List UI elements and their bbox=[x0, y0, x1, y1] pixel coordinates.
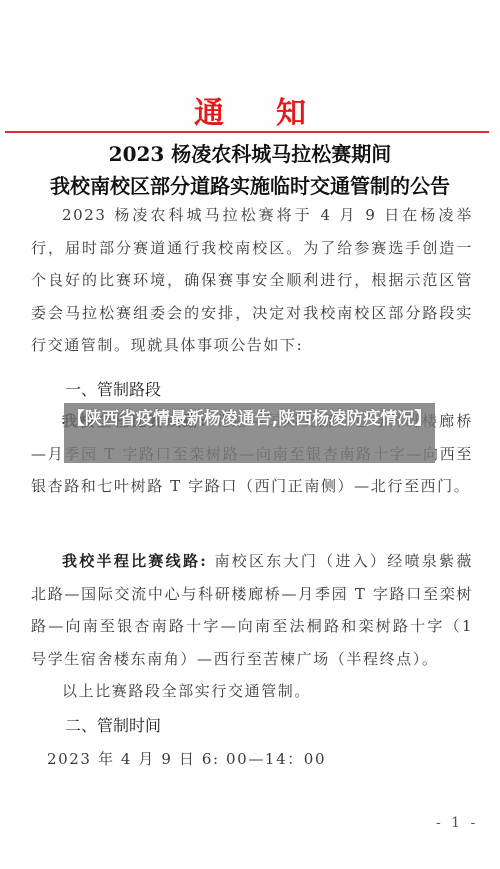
page-number: - 1 - bbox=[436, 815, 478, 831]
half-route-label: 我校半程比赛线路: bbox=[31, 552, 207, 570]
notice-header: 通知 bbox=[0, 88, 500, 132]
section1-heading: 一、管制路段 bbox=[65, 377, 161, 400]
intro-paragraph: 2023 杨凌农科城马拉松赛将于 4 月 9 日在杨凌举行，届时部分赛道通行我校… bbox=[31, 199, 473, 362]
section2-time: 2023 年 4 月 9 日 6: 00—14：00 bbox=[47, 743, 489, 776]
section2-heading: 二、管制时间 bbox=[65, 713, 161, 736]
half-route-paragraph: 我校半程比赛线路: 南校区东大门（进入）经喷泉紫薇北路—国际交流中心与科研楼廊桥… bbox=[31, 545, 473, 675]
caption-overlay-text: 【陕西省疫情最新杨凌通告,陕西杨凌防疫情况】 bbox=[64, 406, 435, 432]
section1-note: 以上比赛路段全部实行交通管制。 bbox=[31, 675, 473, 708]
red-divider bbox=[5, 131, 489, 133]
notice-title-line1: 2023 杨凌农科城马拉松赛期间 bbox=[0, 138, 500, 167]
notice-title-line2: 我校南校区部分道路实施临时交通管制的公告 bbox=[0, 170, 500, 199]
